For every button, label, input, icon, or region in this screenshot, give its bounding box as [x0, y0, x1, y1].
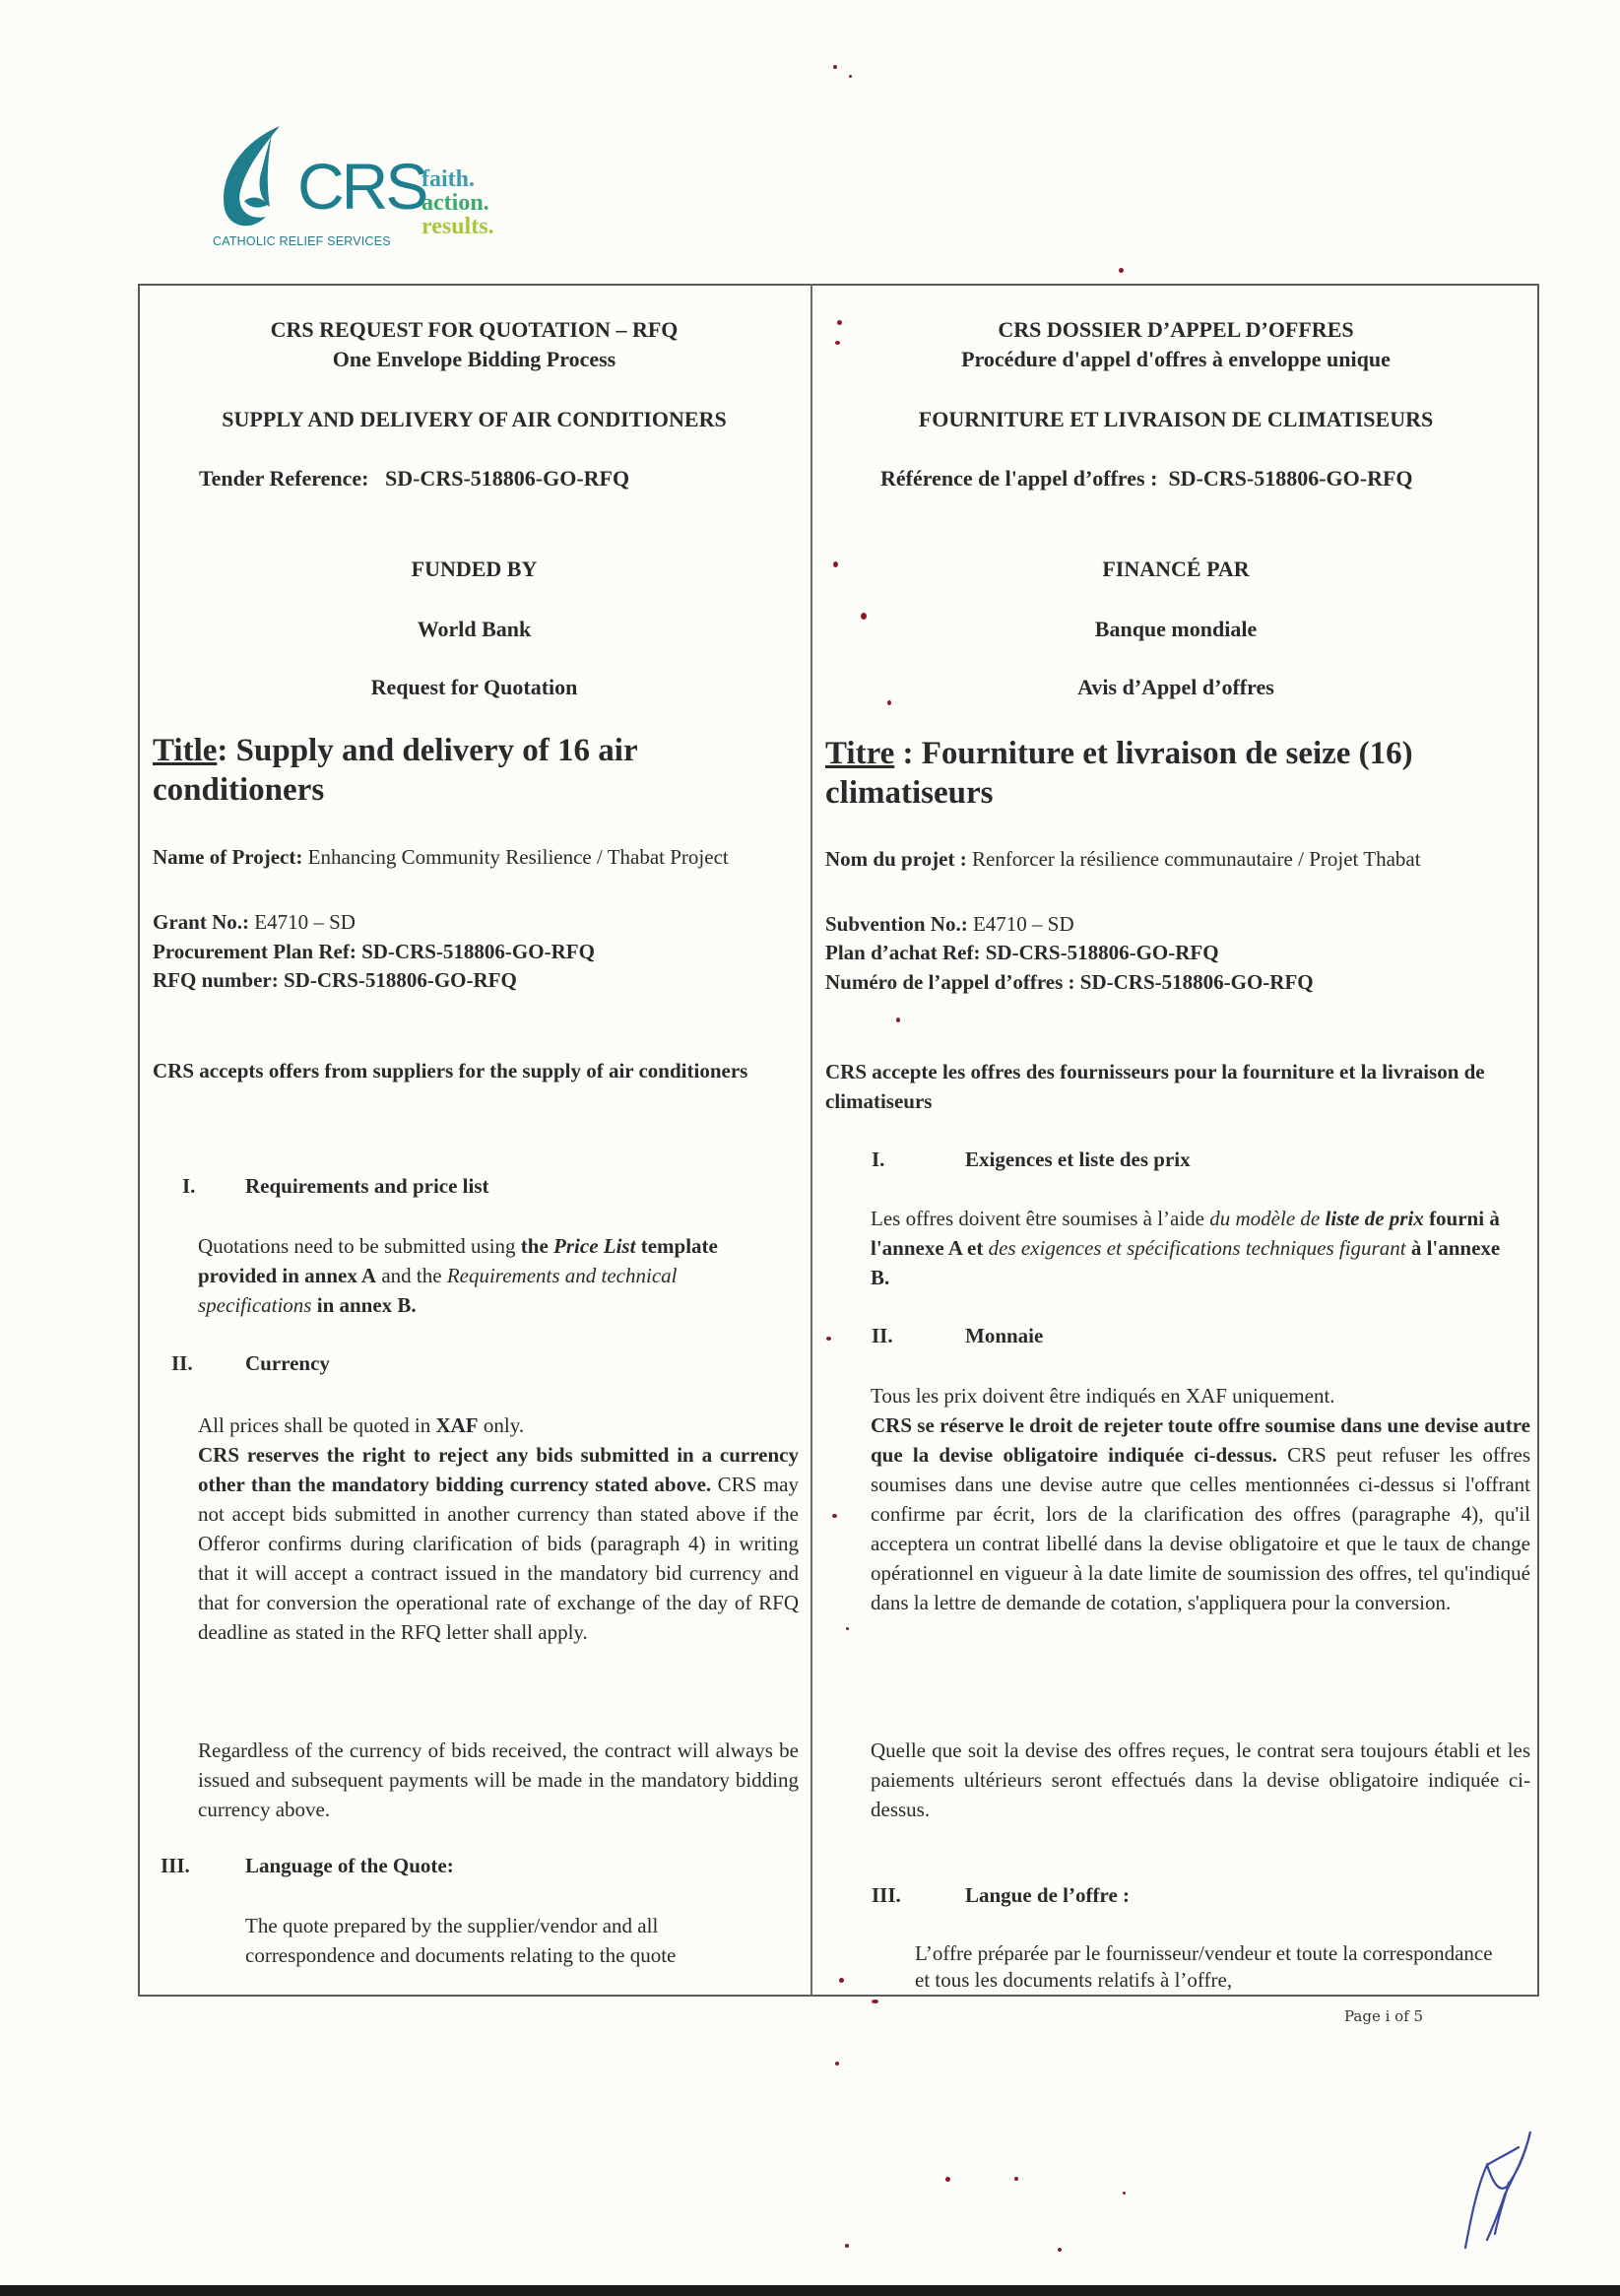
en-title-label: Title — [153, 733, 217, 768]
fr-section-2-num: II. — [872, 1324, 893, 1348]
en-doc-type: Request for Quotation — [138, 675, 810, 700]
fr-procurement-ref: Plan d’achat Ref: SD-CRS-518806-GO-RFQ — [825, 939, 1219, 966]
en-section-3-num: III. — [161, 1854, 190, 1878]
fr-subheading: Procédure d'appel d'offres à enveloppe u… — [812, 347, 1539, 372]
speckle — [832, 1514, 837, 1518]
speckle — [945, 2177, 950, 2182]
fr-project-label: Nom du projet : — [825, 847, 967, 871]
en-supply-title: SUPPLY AND DELIVERY OF AIR CONDITIONERS — [138, 407, 810, 432]
text-run: CRS peut refuser les offres soumises dan… — [871, 1443, 1530, 1614]
fr-section-2-para-2: Quelle que soit la devise des offres reç… — [871, 1736, 1530, 1824]
en-project-value: Enhancing Community Resilience / Thabat … — [302, 845, 728, 869]
page-number: Page i of 5 — [1344, 2007, 1423, 2025]
logo-crs-text: CRS — [297, 154, 425, 219]
en-grant-label: Grant No.: — [153, 910, 249, 934]
fr-title-text: : Fourniture et livraison de seize (16) … — [825, 736, 1413, 811]
fr-section-2-title: Monnaie — [965, 1324, 1043, 1348]
speckle — [835, 2062, 839, 2066]
speckle — [833, 561, 838, 567]
text-run: du modèle de — [1209, 1207, 1325, 1230]
en-tender-reference: Tender Reference: SD-CRS-518806-GO-RFQ — [199, 466, 629, 492]
en-title-text: : Supply and delivery of 16 air conditio… — [153, 733, 637, 808]
en-heading: CRS REQUEST FOR QUOTATION – RFQ — [138, 317, 810, 343]
fr-grant-value: E4710 – SD — [968, 912, 1074, 936]
text-run: Quotations need to be submitted using — [198, 1234, 521, 1258]
fr-section-2-para: CRS se réserve le droit de rejeter toute… — [871, 1410, 1530, 1617]
tagline-results: results. — [421, 215, 494, 238]
text-run: Les offres doivent être soumises à l’aid… — [871, 1207, 1209, 1230]
en-section-1-title: Requirements and price list — [245, 1174, 489, 1199]
speckle — [896, 1017, 900, 1022]
en-section-1-text: Quotations need to be submitted using th… — [198, 1231, 779, 1320]
fr-funded-by: FINANCÉ PAR — [812, 557, 1539, 582]
fr-project-name: Nom du projet : Renforcer la résilience … — [825, 845, 1446, 873]
crs-logo: CRS CATHOLIC RELIEF SERVICES faith. acti… — [211, 118, 546, 256]
en-accepts: CRS accepts offers from suppliers for th… — [153, 1056, 763, 1085]
fr-doc-type: Avis d’Appel d’offres — [812, 675, 1539, 700]
text-run: XAF — [435, 1413, 478, 1437]
en-project-name: Name of Project: Enhancing Community Res… — [153, 843, 803, 871]
text-run: All prices shall be quoted in — [198, 1413, 435, 1437]
speckle — [872, 2000, 878, 2003]
en-section-3-title: Language of the Quote: — [245, 1854, 454, 1878]
fr-section-3-num: III. — [872, 1883, 901, 1908]
en-section-3-text: The quote prepared by the supplier/vendo… — [245, 1911, 777, 1970]
en-grant: Grant No.: E4710 – SD — [153, 908, 356, 936]
fr-tender-reference: Référence de l'appel d’offres : SD-CRS-5… — [880, 466, 1413, 492]
text-run: des exigences et spécifications techniqu… — [989, 1236, 1406, 1260]
fr-section-3-text: L’offre préparée par le fournisseur/vend… — [915, 1940, 1506, 1994]
fr-supply-title: FOURNITURE ET LIVRAISON DE CLIMATISEURS — [812, 407, 1539, 432]
en-grant-value: E4710 – SD — [249, 910, 356, 934]
logo-tagline: faith. action. results. — [421, 167, 494, 238]
tagline-action: action. — [421, 191, 494, 215]
en-subheading: One Envelope Bidding Process — [138, 347, 810, 372]
en-section-2-title: Currency — [245, 1351, 330, 1376]
tagline-faith: faith. — [421, 167, 494, 191]
speckle — [1119, 268, 1124, 273]
text-run: in annex B. — [311, 1293, 416, 1317]
fr-title-label: Titre — [825, 736, 894, 771]
column-divider — [810, 284, 812, 1997]
speckle — [826, 1337, 831, 1341]
fr-section-1-num: I. — [872, 1148, 884, 1172]
en-project-label: Name of Project: — [153, 845, 302, 869]
speckle — [1014, 2177, 1018, 2181]
en-section-2-num: II. — [171, 1351, 193, 1376]
en-section-2-para-2: Regardless of the currency of bids recei… — [198, 1736, 799, 1824]
scan-bottom-edge — [0, 2285, 1620, 2296]
text-run: the — [521, 1234, 553, 1258]
speckle — [846, 1627, 849, 1630]
speckle — [1058, 2248, 1062, 2252]
fr-section-1-title: Exigences et liste des prix — [965, 1148, 1191, 1172]
fr-project-value: Renforcer la résilience communautaire / … — [967, 847, 1421, 871]
speckle — [835, 341, 840, 345]
en-rfq-number: RFQ number: SD-CRS-518806-GO-RFQ — [153, 966, 517, 994]
speckle — [887, 700, 891, 705]
fr-heading: CRS DOSSIER D’APPEL D’OFFRES — [812, 317, 1539, 343]
speckle — [837, 320, 842, 325]
en-funded-by: FUNDED BY — [138, 557, 810, 582]
text-run: Price List — [553, 1234, 635, 1258]
speckle — [845, 2244, 849, 2248]
speckle — [833, 65, 837, 69]
speckle — [861, 613, 867, 620]
en-procurement-ref: Procurement Plan Ref: SD-CRS-518806-GO-R… — [153, 938, 595, 965]
leaf-icon — [211, 118, 299, 236]
fr-section-1-text: Les offres doivent être soumises à l’aid… — [871, 1204, 1521, 1292]
fr-rfq-number: Numéro de l’appel d’offres : SD-CRS-5188… — [825, 968, 1314, 996]
en-section-2-para: CRS reserves the right to reject any bid… — [198, 1440, 799, 1647]
fr-section-3-title: Langue de l’offre : — [965, 1883, 1130, 1908]
fr-title: Titre : Fourniture et livraison de seize… — [825, 734, 1515, 813]
en-title: Title: Supply and delivery of 16 air con… — [153, 731, 763, 810]
fr-grant-label: Subvention No.: — [825, 912, 968, 936]
en-section-2-line1: All prices shall be quoted in XAF only. — [198, 1410, 799, 1440]
speckle — [839, 1978, 844, 1983]
fr-grant: Subvention No.: E4710 – SD — [825, 910, 1074, 938]
speckle — [1123, 2192, 1126, 2195]
fr-accepts: CRS accepte les offres des fournisseurs … — [825, 1057, 1524, 1116]
text-run: liste de prix — [1325, 1207, 1423, 1230]
en-section-1-num: I. — [182, 1174, 195, 1199]
text-run: and the — [376, 1264, 447, 1287]
text-run: CRS reserves the right to reject any bid… — [198, 1443, 799, 1496]
logo-subtitle: CATHOLIC RELIEF SERVICES — [213, 234, 391, 248]
en-funder: World Bank — [138, 617, 810, 642]
speckle — [849, 75, 852, 78]
text-run: CRS may not accept bids submitted in ano… — [198, 1473, 799, 1644]
signature-icon — [1448, 2128, 1546, 2256]
fr-funder: Banque mondiale — [812, 617, 1539, 642]
fr-section-2-line1: Tous les prix doivent être indiqués en X… — [871, 1381, 1530, 1410]
text-run: only. — [479, 1413, 524, 1437]
